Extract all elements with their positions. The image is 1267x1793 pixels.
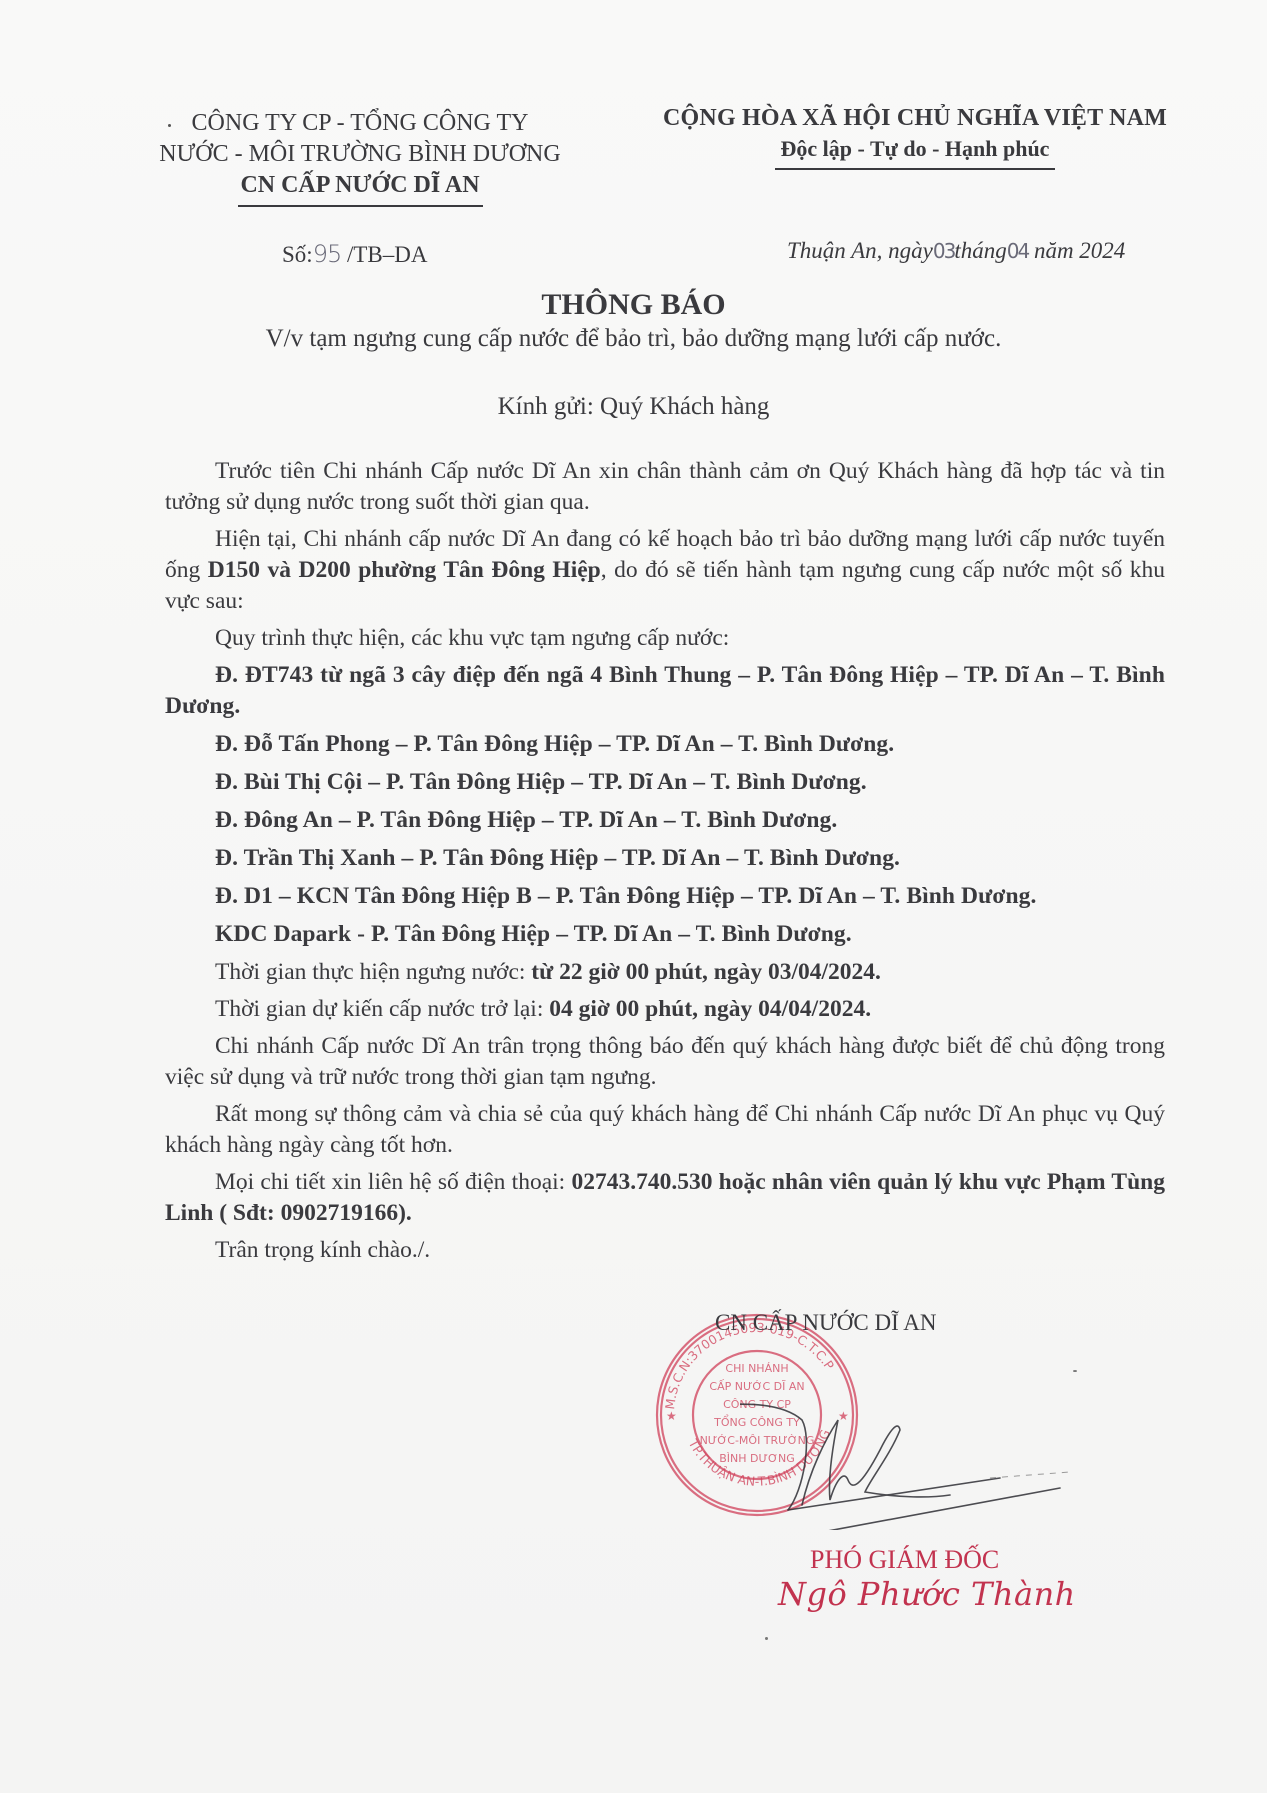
- affected-area: Đ. Đông An – P. Tân Đông Hiệp – TP. Dĩ A…: [165, 805, 1165, 836]
- pipeline-location: D150 và D200 phường Tân Đông Hiệp: [208, 557, 601, 583]
- document-number: Số:95 /TB–DA: [282, 240, 427, 268]
- resume-time: Thời gian dự kiến cấp nước trở lại: 04 g…: [165, 994, 1165, 1025]
- stop-time-label: Thời gian thực hiện ngưng nước:: [215, 959, 531, 985]
- signatory-organization: CN CẤP NƯỚC DĨ AN: [715, 1310, 936, 1336]
- greeting: Kính gửi: Quý Khách hàng: [0, 393, 1267, 421]
- date-day-handwritten: 03: [933, 239, 954, 263]
- org-underline: [238, 205, 483, 207]
- stray-mark: [1073, 1370, 1077, 1372]
- date-prefix: Thuận An, ngày: [787, 238, 933, 263]
- handwritten-signature: [740, 1380, 1080, 1530]
- doc-number-suffix: /TB–DA: [341, 242, 427, 267]
- national-motto: CỘNG HÒA XÃ HỘI CHỦ NGHĨA VIỆT NAM Độc l…: [655, 102, 1175, 170]
- affected-area: Đ. D1 – KCN Tân Đông Hiệp B – P. Tân Đôn…: [165, 881, 1165, 912]
- affected-area: Đ. Trần Thị Xanh – P. Tân Đông Hiệp – TP…: [165, 843, 1165, 874]
- org-line-1: CÔNG TY CP - TỔNG CÔNG TY: [150, 108, 570, 139]
- paragraph-notice: Chi nhánh Cấp nước Dĩ An trân trọng thôn…: [165, 1031, 1165, 1093]
- stop-time-value: từ 22 giờ 00 phút, ngày 03/04/2024.: [531, 959, 881, 985]
- date-month-handwritten: 04: [1007, 239, 1028, 263]
- org-branch: CN CẤP NƯỚC DĨ AN: [150, 170, 570, 201]
- affected-area: Đ. ĐT743 từ ngã 3 cây điệp đến ngã 4 Bìn…: [165, 660, 1165, 722]
- motto: Độc lập - Tự do - Hạnh phúc: [655, 134, 1175, 164]
- document-title: THÔNG BÁO: [0, 288, 1267, 322]
- org-line-2: NƯỚC - MÔI TRƯỜNG BÌNH DƯƠNG: [150, 139, 570, 170]
- doc-number-handwritten: 95: [313, 240, 342, 268]
- svg-text:★: ★: [666, 1409, 677, 1423]
- affected-areas-list: Đ. ĐT743 từ ngã 3 cây điệp đến ngã 4 Bìn…: [165, 660, 1165, 950]
- doc-number-prefix: Số:: [282, 242, 313, 267]
- document-body: Trước tiên Chi nhánh Cấp nước Dĩ An xin …: [165, 456, 1165, 1272]
- date-month-label: tháng: [954, 238, 1006, 263]
- paragraph-thanks: Trước tiên Chi nhánh Cấp nước Dĩ An xin …: [165, 456, 1165, 518]
- resume-time-value: 04 giờ 00 phút, ngày 04/04/2024.: [549, 996, 871, 1022]
- contact-label: Mọi chi tiết xin liên hệ số điện thoại:: [215, 1169, 571, 1195]
- affected-area: KDC Dapark - P. Tân Đông Hiệp – TP. Dĩ A…: [165, 919, 1165, 950]
- document-page: CÔNG TY CP - TỔNG CÔNG TY NƯỚC - MÔI TRƯ…: [0, 0, 1267, 1793]
- stop-time: Thời gian thực hiện ngưng nước: từ 22 gi…: [165, 957, 1165, 988]
- paragraph-apology: Rất mong sự thông cảm và chia sẻ của quý…: [165, 1099, 1165, 1161]
- date-year: năm 2024: [1034, 238, 1125, 263]
- signatory-role: PHÓ GIÁM ĐỐC: [810, 1545, 999, 1575]
- paragraph-contact: Mọi chi tiết xin liên hệ số điện thoại: …: [165, 1167, 1165, 1229]
- affected-area: Đ. Đỗ Tấn Phong – P. Tân Đông Hiệp – TP.…: [165, 729, 1165, 760]
- closing: Trân trọng kính chào./.: [165, 1235, 1165, 1266]
- affected-area: Đ. Bùi Thị Cội – P. Tân Đông Hiệp – TP. …: [165, 767, 1165, 798]
- place-date: Thuận An, ngày03tháng04 năm 2024: [787, 238, 1125, 264]
- signatory-name: Ngô Phước Thành: [778, 1575, 1076, 1613]
- stamp-inner-line: CHI NHÁNH: [725, 1362, 788, 1375]
- resume-time-label: Thời gian dự kiến cấp nước trở lại:: [215, 996, 549, 1022]
- stray-mark: [765, 1637, 768, 1640]
- document-subject: V/v tạm ngưng cung cấp nước để bảo trì, …: [0, 325, 1267, 353]
- motto-underline: [775, 168, 1055, 170]
- process-intro: Quy trình thực hiện, các khu vực tạm ngư…: [165, 623, 1165, 654]
- paragraph-plan: Hiện tại, Chi nhánh cấp nước Dĩ An đang …: [165, 524, 1165, 617]
- country-name: CỘNG HÒA XÃ HỘI CHỦ NGHĨA VIỆT NAM: [655, 102, 1175, 134]
- issuing-organization: CÔNG TY CP - TỔNG CÔNG TY NƯỚC - MÔI TRƯ…: [150, 108, 570, 207]
